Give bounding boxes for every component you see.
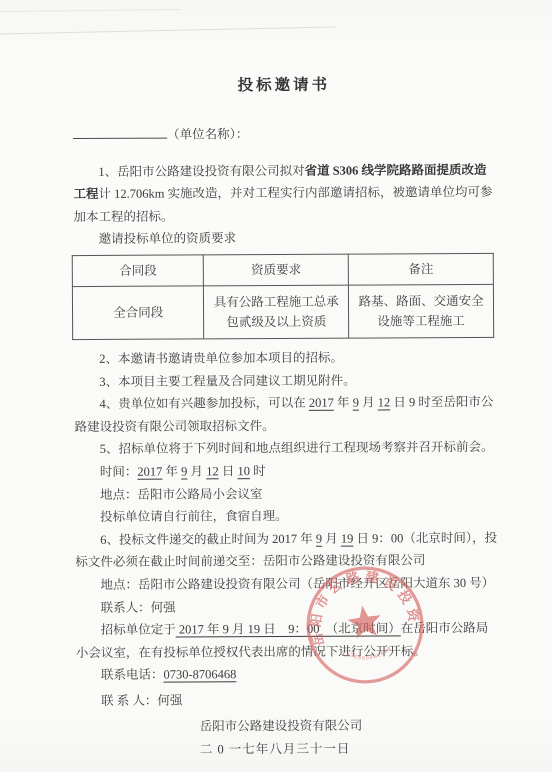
- item-6-day: 19: [341, 531, 354, 545]
- site-visit-time-line: 时间：2017 年 9 月 12 日 10 时: [75, 459, 497, 484]
- contact-person-line-1: 联系人：何强: [76, 594, 498, 619]
- item-5: 5、招标单位将于下列时间和地点组织进行工程现场考察并召开标前会。: [75, 436, 497, 461]
- item-4-year: 2017: [309, 396, 334, 410]
- phone-label: 联系电话：: [101, 668, 164, 682]
- bid-opening-pre: 招标单位定于: [101, 623, 176, 637]
- bid-opening-line: 招标单位定于 2017 年 9 月 19 日 9：00 （北京时间）在岳阳市公路…: [76, 617, 498, 664]
- time-sep3: 日: [219, 464, 238, 478]
- document-body: 投标邀请书 （单位名称）： 1、岳阳市公路建设投资有限公司拟对省道 S306 线…: [0, 0, 552, 762]
- scanned-page: 投标邀请书 （单位名称）： 1、岳阳市公路建设投资有限公司拟对省道 S306 线…: [0, 0, 552, 772]
- cell-contract-section: 全合同段: [72, 286, 204, 340]
- paragraph-1: 1、岳阳市公路建设投资有限公司拟对省道 S306 线学院路路面提质改造工程计 1…: [73, 158, 495, 228]
- item-4-day: 12: [378, 396, 391, 410]
- unit-name-label: （单位名称）：: [167, 127, 248, 141]
- item-2: 2、本邀请书邀请贵单位参加本项目的招标。: [74, 346, 496, 371]
- table-header-contract-section: 合同段: [72, 255, 203, 287]
- phone-number: 0730-8706468: [163, 667, 236, 681]
- bid-opening-datetime: 2017 年 9 月 19 日 9：00 （北京时间）: [176, 621, 401, 636]
- self-arrange-note: 投标单位请自行前往，食宿自理。: [75, 504, 497, 529]
- item-6: 6、投标文件递交的截止时间为 2017 年 9 月 19 日 9：00（北京时间…: [75, 527, 497, 574]
- table-header-row: 合同段 资质要求 备注: [72, 253, 493, 286]
- item-3: 3、本项目主要工程量及合同建议工期见附件。: [74, 368, 496, 393]
- table-header-qualification: 资质要求: [204, 254, 349, 286]
- time-tail: 时: [250, 464, 266, 478]
- table-header-remark: 备注: [348, 253, 493, 285]
- item-4-sep2: 月: [359, 396, 378, 410]
- contact-person-line-2: 联 系 人：何强: [76, 688, 498, 713]
- qualification-table: 合同段 资质要求 备注 全合同段 具有公路工程施工总承包贰级及以上资质 路基、路…: [72, 253, 494, 340]
- cell-qualification: 具有公路工程施工总承包贰级及以上资质: [204, 285, 349, 339]
- time-day: 12: [206, 464, 219, 478]
- cell-remark: 路基、路面、交通安全设施等工程施工: [349, 284, 494, 338]
- time-hour: 10: [237, 464, 250, 478]
- item-4-text: 4、贵单位如有兴趣参加投标，可以在: [99, 396, 308, 411]
- item-4-sep1: 年: [334, 396, 353, 410]
- document-title: 投标邀请书: [73, 75, 495, 97]
- unit-name-blank: [73, 126, 167, 139]
- table-row: 全合同段 具有公路工程施工总承包贰级及以上资质 路基、路面、交通安全设施等工程施…: [72, 284, 493, 339]
- site-visit-place-line: 地点：岳阳市公路局小会议室: [75, 481, 497, 506]
- phone-line: 联系电话：0730-8706468: [76, 662, 498, 687]
- signature-date: 二 0 一七年八月三十一日: [76, 737, 498, 762]
- item-6-text: 6、投标文件递交的截止时间为 2017 年: [100, 532, 316, 547]
- item-6-sep: 月: [322, 531, 341, 545]
- qualification-requirement-line: 邀请投标单位的资质要求: [74, 226, 496, 251]
- unit-name-line: （单位名称）：: [73, 122, 495, 147]
- delivery-place-line: 地点：岳阳市公路建设投资有限公司（岳阳市经开区岳阳大道东 30 号）: [75, 572, 497, 597]
- paragraph-1-post: 计 12.706km 实施改造，并对工程实行内部邀请招标，被邀请单位均可参加本工…: [74, 185, 493, 224]
- time-year: 2017: [137, 465, 162, 479]
- time-sep2: 月: [187, 464, 206, 478]
- paragraph-1-pre: 1、岳阳市公路建设投资有限公司拟对: [98, 163, 304, 178]
- signature-company: 岳阳市公路建设投资有限公司: [76, 714, 498, 739]
- item-4: 4、贵单位如有兴趣参加投标，可以在 2017 年 9 月 12 日 9 时至岳阳…: [74, 391, 496, 438]
- time-sep1: 年: [162, 464, 181, 478]
- time-label: 时间：: [100, 465, 138, 479]
